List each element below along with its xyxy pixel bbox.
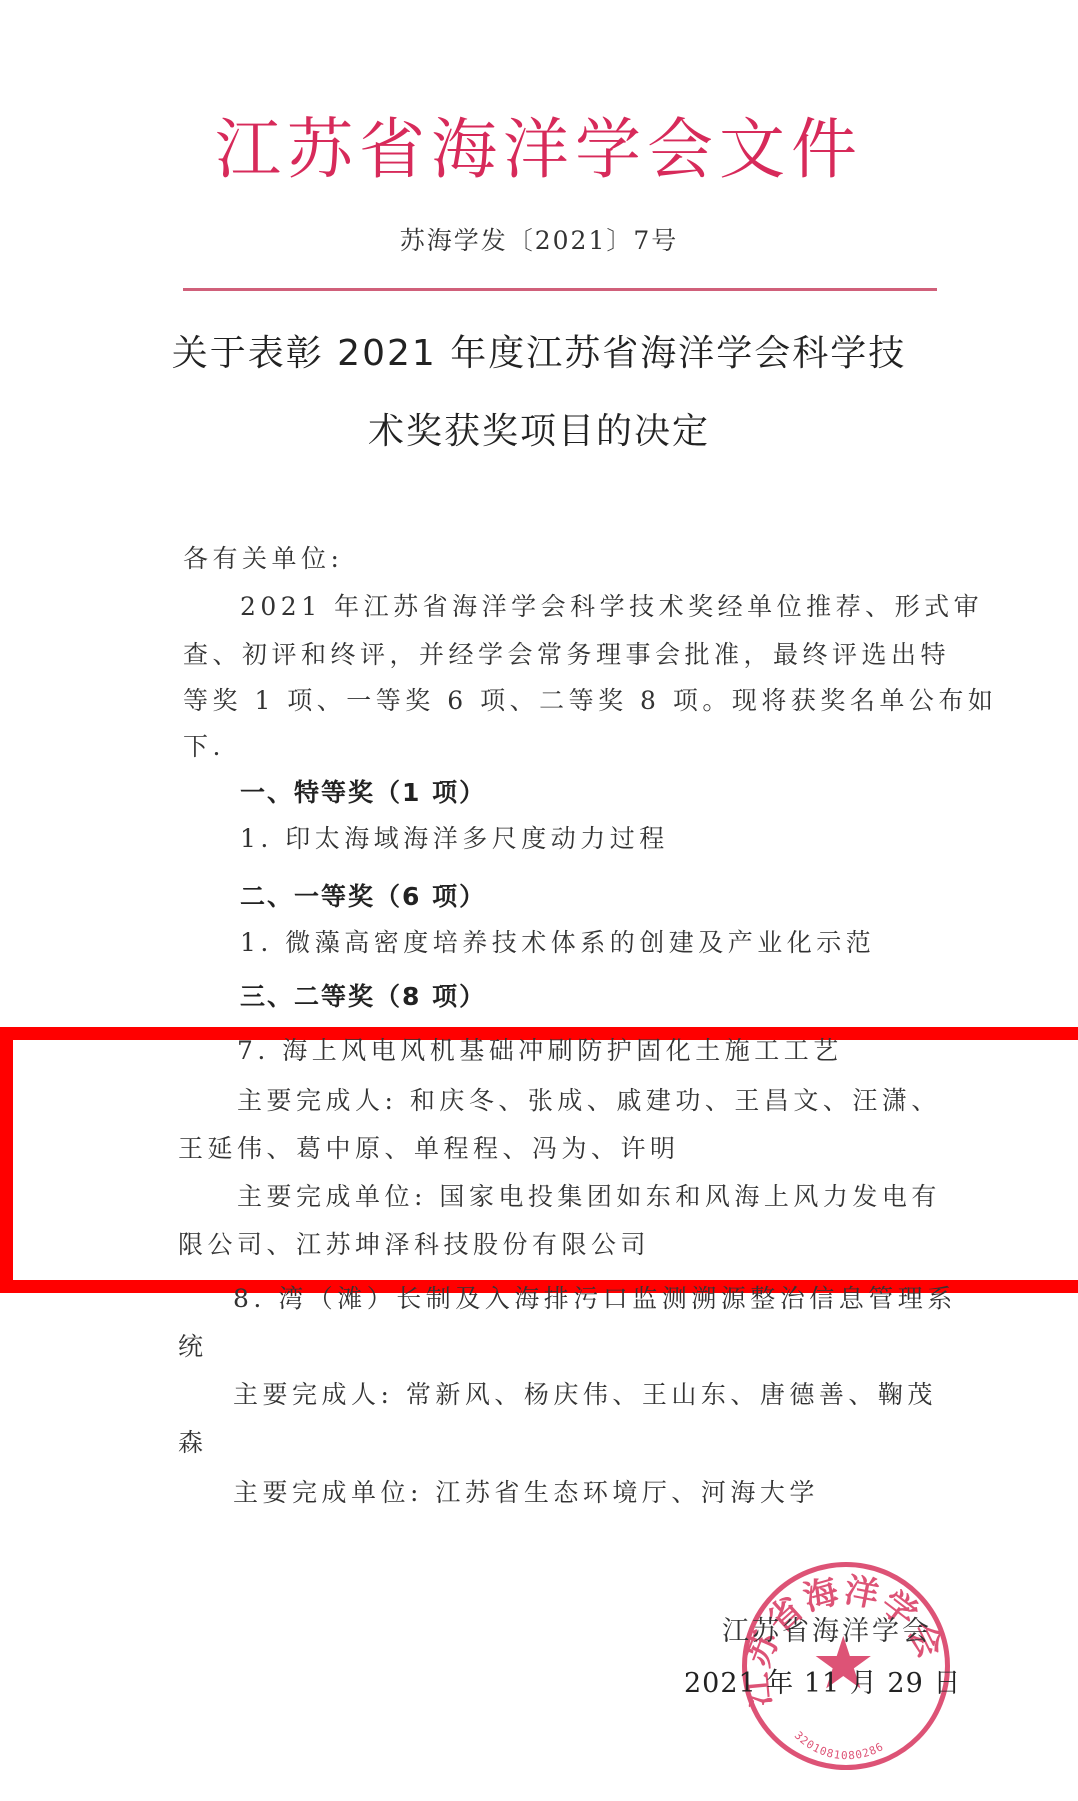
section-heading-special-prize: 一、特等奖（1 项） — [240, 776, 486, 810]
award-item-title: 1. 微藻高密度培养技术体系的创建及产业化示范 — [240, 926, 875, 960]
award-item-units: 主要完成单位: 国家电投集团如东和风海上风力发电有 — [237, 1180, 941, 1214]
award-item-persons: 森 — [178, 1426, 208, 1460]
intro-line: 查、初评和终评，并经学会常务理事会批准，最终评选出特 — [183, 638, 950, 672]
intro-line: 2021 年江苏省海洋学会科学技术奖经单位推荐、形式审 — [240, 590, 983, 624]
award-item-persons: 主要完成人: 常新风、杨庆伟、王山东、唐德善、鞠茂 — [233, 1378, 937, 1412]
org-file-header: 江苏省海洋学会文件 — [0, 110, 1078, 190]
section-heading-second-prize: 三、二等奖（8 项） — [240, 980, 486, 1014]
award-item-title: 统 — [178, 1330, 208, 1364]
award-item-title: 1. 印太海域海洋多尺度动力过程 — [240, 822, 669, 856]
signing-date: 2021 年 11 月 29 日 — [684, 1666, 961, 1702]
decision-title-line-1: 关于表彰 2021 年度江苏省海洋学会科学技 — [0, 330, 1078, 378]
award-item-units: 限公司、江苏坤泽科技股份有限公司 — [178, 1228, 650, 1262]
document-number: 苏海学发〔2021〕7号 — [0, 224, 1078, 258]
seal-serial: 3201081080286 — [792, 1729, 886, 1762]
award-item-persons: 王延伟、葛中原、单程程、冯为、许明 — [178, 1132, 680, 1166]
salutation: 各有关单位: — [183, 542, 343, 576]
signing-organization: 江苏省海洋学会 — [722, 1614, 932, 1650]
award-item-title: 8. 湾（滩）长制及入海排污口监测溯源整治信息管理系 — [233, 1282, 957, 1316]
svg-text:3201081080286: 3201081080286 — [792, 1729, 886, 1762]
intro-line: 下. — [183, 730, 225, 764]
section-heading-first-prize: 二、一等奖（6 项） — [240, 880, 486, 914]
award-item-title-highlighted: 7. 海上风电风机基础冲刷防护固化土施工工艺 — [237, 1034, 843, 1068]
header-divider — [183, 288, 937, 291]
intro-line: 等奖 1 项、一等奖 6 项、二等奖 8 项。现将获奖名单公布如 — [183, 684, 997, 718]
award-item-units: 主要完成单位: 江苏省生态环境厅、河海大学 — [233, 1476, 819, 1510]
decision-title-line-2: 术奖获奖项目的决定 — [0, 408, 1078, 456]
award-item-persons: 主要完成人: 和庆冬、张成、戚建功、王昌文、汪潇、 — [237, 1084, 941, 1118]
